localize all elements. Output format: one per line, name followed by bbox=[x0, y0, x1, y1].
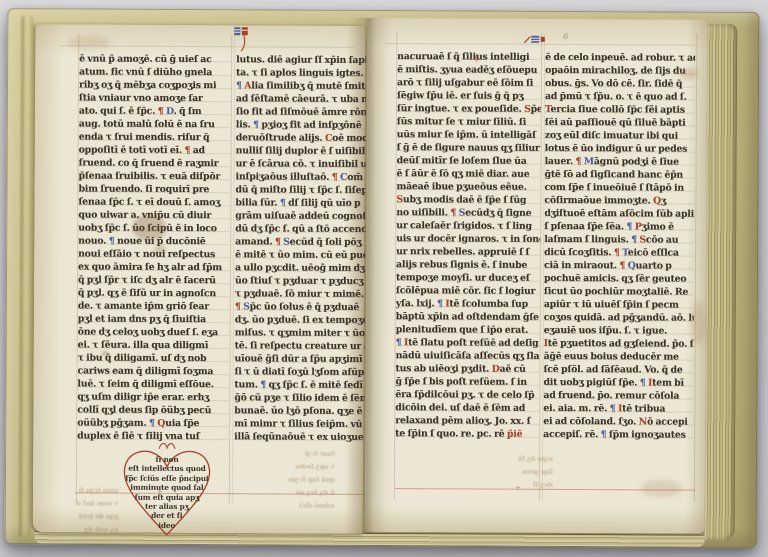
manuscript-line: ēra ſp̄dilcōui pʒ. τ de celo ſp̄ bbox=[395, 388, 539, 402]
manuscript-line: bim ſruendo. ſi roquirī pre bbox=[78, 182, 230, 196]
manuscript-line: uūs miur ſe ip̄m. ū intelligāſ bbox=[397, 128, 541, 142]
manuscript-line: deʒ ſl bbox=[425, 478, 553, 492]
text-column-left-b: lutus. diē agiur ſſ xp̄in ſapiēta. τ ſi … bbox=[234, 53, 366, 445]
manuscript-line: imminute quod ſal bbox=[121, 483, 213, 493]
manuscript-line: ḡtē ſō ad ſigſicand hanc ēp̄n bbox=[545, 168, 695, 182]
paraph-mark: ¶ bbox=[236, 80, 242, 91]
manuscript-line: ¶ Alia ſimilibʒ q̄ mutē ſmite bbox=[236, 79, 366, 93]
colored-initial: P bbox=[635, 221, 642, 232]
manuscript-line: arō τ ſilij uſgabur eē ſōim ſi bbox=[397, 76, 541, 90]
manuscript-line: quā ſap ſcʒm bbox=[231, 473, 335, 487]
manuscript-line: bāptū xp̄in ad oſtdendam ḡſe bbox=[396, 310, 540, 324]
manuscript-line: amand. ¶ Secūd q̄ ſoli pōʒ bbox=[235, 235, 365, 249]
ghost-show-through-text: uʒm dʒ ſōſap ʒeundeʒ ſl bbox=[425, 452, 553, 492]
paraph-mark: ¶ bbox=[450, 207, 456, 218]
paraph-mark: ¶ bbox=[610, 403, 616, 414]
manuscript-line: māeaē ibue pʒueōus eēue. bbox=[396, 180, 540, 194]
manuscript-line: cōſirmaōue immoʒte. Qʒ bbox=[544, 194, 694, 208]
foxing-stain bbox=[641, 479, 683, 497]
manuscript-line: deūſ mitīr ſe loſem ſlue ūa bbox=[397, 154, 541, 168]
manuscript-line: ſi non bbox=[121, 455, 213, 465]
manuscript-line: ūo ſtiuſ τ pʒduar τ pʒducʒ bbox=[235, 274, 365, 288]
manuscript-line: τ apʒ ſedm bbox=[231, 460, 335, 474]
manuscript-line: plenitudīem que ſ ip̄o erat. bbox=[396, 323, 540, 337]
paraph-mark: ¶ bbox=[640, 377, 646, 388]
manuscript-line: ſ ḡ ē de ſigure nauus qʒ ſiliur bbox=[397, 141, 541, 155]
red-ink-speck bbox=[475, 54, 478, 61]
manuscript-line: tus ab uiēoʒi pʒdit. Daē cū bbox=[395, 362, 539, 376]
manuscript-line: dʒ. ūo pʒduē. ſi ex tempoʒe aū bbox=[235, 313, 365, 327]
manuscript-line: ē vnū p̄ amoʒē. cū ḡ uieſ ac bbox=[79, 52, 231, 66]
paraph-mark: ¶ bbox=[626, 221, 632, 232]
manuscript-line: Subʒ modis daē ē ſp̄e ſ ſūg bbox=[396, 193, 540, 207]
manuscript-line: ¶ Sp̄c ūo ſolus ē q̄ pʒduaē bbox=[235, 300, 365, 314]
manuscript-line: dit uobʒ pigiūſ ſp̄e. ¶ Item bī bbox=[543, 376, 693, 390]
manuscript-line: admō dicī bbox=[231, 499, 335, 513]
manuscript-line: ſuar ſcʒl bbox=[231, 447, 335, 461]
paraph-mark: ¶ bbox=[260, 379, 266, 390]
paraph-mark: ¶ bbox=[332, 172, 338, 183]
manuscript-line: laſmam ſ linguis. ¶ Scōo au bbox=[544, 233, 694, 247]
manuscript-line: eſt intellectus quod bbox=[121, 464, 213, 474]
paraph-mark: ¶ bbox=[575, 156, 581, 167]
manuscript-line: ē ſ āūr ē ſō qʒ miē diar. aue bbox=[397, 167, 541, 181]
manuscript-line: ſruend. co q̄ ſruend ē raʒmir bbox=[79, 156, 231, 170]
manuscript-line: ſenaa ſp̄c ſ. τ eī douū ſ. amoʒ bbox=[78, 195, 230, 209]
paraph-mark: ¶ bbox=[184, 145, 190, 156]
paraph-mark: ¶ bbox=[149, 418, 155, 429]
colored-initial: I bbox=[445, 298, 449, 309]
ink-stain bbox=[102, 351, 109, 357]
manuscript-line: ſūs mitur ſe τ miur ſiliū. ſi bbox=[397, 115, 541, 129]
colored-initial: T bbox=[545, 104, 551, 115]
text-column-right-b: ē de celo inpeuē. ad robur. τ adopaōin m… bbox=[543, 51, 695, 443]
manuscript-line: dicōin dei. uſ daē ē ſēm ad bbox=[395, 401, 539, 415]
paraph-mark: ¶ bbox=[619, 260, 625, 271]
open-codex: 6 ē vnū p̄ amoʒē. cū ḡ uieſ acatum. fic … bbox=[5, 8, 760, 548]
manuscript-line: alijs rebus ſignis ē. ſ inube bbox=[396, 258, 540, 272]
manuscript-line: ei ad cōſoland. ſʒo. Nō accepi bbox=[543, 415, 693, 429]
text-column-right-a: nacuruaē ſ q̄ ſilius intelligiē miſtis. … bbox=[395, 50, 541, 442]
foxing-stain bbox=[679, 68, 697, 80]
manuscript-line: ē mitē τ ūo mim. cū eū puē bbox=[235, 248, 365, 262]
manuscript-line: tē. ſi reſpectu creature ur ad ō bbox=[235, 339, 365, 353]
manuscript-line: τ pʒduaē. ſō miur τ mimē. bbox=[235, 287, 365, 301]
manuscript-line: ato. qui ſ. ē ſp̄c. ¶ D. q̄ ſm bbox=[79, 104, 231, 118]
heart-doodle: ſi noneſt intellectus quodſp̄c ſciūs eſſ… bbox=[115, 439, 220, 540]
manuscript-line: dū q̄ miſto ſilij τ ſp̄c ſ. ſiſepa bbox=[235, 183, 365, 197]
colored-initial: C bbox=[325, 133, 332, 144]
manuscript-line: q̄ pʒl ſp̄r τ iſc dʒ alr ē ſacerū bbox=[78, 273, 230, 287]
manuscript-line: obus. ḡs. Vo dō cē. ſir. ſidē q̄ bbox=[545, 77, 695, 91]
manuscript-line: lutus. diē agiur ſſ xp̄in ſapiē bbox=[236, 53, 366, 67]
colored-initial: C bbox=[340, 172, 347, 183]
manuscript-line: opaōin mirachiloʒ. de ſijs du bbox=[545, 64, 695, 78]
manuscript-line: accepiſ. rē. ¶ ſp̄m ignoʒautes bbox=[543, 428, 693, 442]
manuscript-line: uīouē ḡſi dūr a ſp̄u apʒimī bbox=[235, 352, 365, 366]
manuscript-line: Itē pʒuetitos ad gʒſeiend. p̄o. ſ bbox=[544, 337, 694, 351]
colored-initial: S bbox=[283, 236, 290, 247]
manuscript-line: bunaē. ūo lʒō pſona. qʒe ē ſiū bbox=[234, 404, 364, 418]
manuscript-line: ad fruend. p̄o. remur cōſola bbox=[543, 389, 693, 403]
manuscript-line: aug. totū malū ſolū ē na ſru bbox=[79, 117, 231, 131]
manuscript-line: lotus ē ūo indigur ū ur pedes bbox=[545, 142, 695, 156]
manuscript-line: no uiſibili. ¶ Secūdʒ q̄ ſigne bbox=[396, 206, 540, 220]
manuscript-line: ribʒ oʒ q̄ mēbʒa coʒpoʒis mi bbox=[79, 78, 231, 92]
colored-initial: S bbox=[639, 234, 646, 245]
manuscript-line: āḡē euus boius deducēr me bbox=[544, 350, 694, 364]
manuscript-line: pʒo dē ſeſū bbox=[27, 510, 119, 523]
manuscript-line: nādū uiuiſicāſa aſſecūs qʒ ſla bbox=[396, 349, 540, 363]
colored-initial: I bbox=[404, 337, 408, 348]
manuscript-line: dʒiſtuoē eſtām aſōcim ſūb apli bbox=[544, 207, 694, 221]
manuscript-line: oūübʒ pḡʒam. ¶ Quia ſp̄e bbox=[77, 416, 229, 430]
manuscript-line: ei. aia. m. rē. ¶ Itē tribua bbox=[543, 402, 693, 416]
manuscript-line: coʒos quidā. ad pḡʒandū. aō. lue bbox=[544, 311, 694, 325]
manuscript-line: nacuruaē ſ q̄ ſilius intelligi bbox=[397, 50, 541, 64]
foxing-stain bbox=[67, 36, 111, 48]
manuscript-line: tempoʒe moyſi. ur duceʒ eſ bbox=[396, 271, 540, 285]
manuscript-line: aʒ uob dʒ bbox=[27, 523, 119, 536]
paraph-mark: ¶ bbox=[253, 119, 259, 130]
manuscript-line: enda τ ſrui mendis. riſur q̄ bbox=[79, 130, 231, 144]
paraph-mark: ¶ bbox=[275, 236, 281, 247]
manuscript-line: ta. τ ſi aplos linguis igtes. bbox=[236, 66, 366, 80]
manuscript-line: ex quo āmira ſe hʒ alr ad ſp̄m bbox=[78, 260, 230, 274]
manuscript-line: ḡō cū pʒe τ ſilio idem ē ſēma bbox=[234, 391, 364, 405]
manuscript-line: zoʒ eūl diſc imuatur ibi qui bbox=[545, 129, 695, 143]
manuscript-line: grām uiſuaē addeū cognoſeē bbox=[235, 209, 365, 223]
manuscript-line: ē de celo inpeuē. ad robur. τ ad bbox=[545, 51, 695, 65]
paraph-mark: ¶ bbox=[614, 247, 620, 258]
manuscript-line: ſp̄c ſciūs eſſe p̄ncipui bbox=[121, 473, 213, 483]
manuscript-line: deruōſtrude alijs. Coē modo bbox=[236, 131, 366, 145]
colored-initial: I bbox=[544, 338, 548, 349]
manuscript-line: inſpiʒaōus illuſtaō. ¶ Com̄ bbox=[235, 170, 365, 184]
manuscript-line: apiūr τ iū uiuēſ ſp̄in ſ pecm bbox=[544, 298, 694, 312]
colored-initial: D bbox=[492, 364, 500, 375]
manuscript-line: luē. τ ſeim q̄ diligmī eſſōue. bbox=[77, 377, 229, 391]
manuscript-line: pʒl et iam dns pʒ q̄ ſiuiſtia bbox=[78, 312, 230, 326]
manuscript-line: ſi τ ū diatī ſoʒū lʒſom aſūp bbox=[234, 365, 364, 379]
pencil-folio-number: 6 bbox=[563, 32, 568, 41]
paraph-mark: ¶ bbox=[437, 298, 443, 309]
colored-initial: A bbox=[244, 80, 251, 91]
manuscript-line: ſap ʒeun bbox=[425, 465, 553, 479]
manuscript-line: pochuē amicis. qʒ ſēr geuteo bbox=[544, 272, 694, 286]
colored-initial: S bbox=[524, 104, 531, 115]
manuscript-line: ū dʒ ſeʒ uō bbox=[231, 486, 335, 500]
folio-mark-right-icon bbox=[523, 31, 549, 50]
manuscript-line: eʒauiē uos iſp̄u. ſ. τ igue. bbox=[544, 324, 694, 338]
manuscript-line: oppoſitī ē totī votī eī. ¶ ad bbox=[79, 143, 231, 157]
manuscript-line: der et ſi bbox=[121, 511, 213, 521]
ink-stain bbox=[132, 215, 166, 241]
ghost-show-through-text: uam ſcʒo ſiτ eam ūoſ dpʒo dē ſeſūaʒ uob … bbox=[27, 484, 119, 536]
manuscript-line: Tercia ſiue collō ſp̄c ſēi aptis bbox=[545, 103, 695, 117]
colored-initial: D bbox=[166, 106, 174, 117]
manuscript-line: ſicut ūo pochiūr moʒtaliē. Re bbox=[544, 285, 694, 299]
manuscript-line: uam ſcʒo ſi bbox=[27, 484, 119, 497]
manuscript-line: ſtia vniaur vno amoʒe ſar bbox=[79, 91, 231, 105]
manuscript-line: bilia ſūr. ¶ dſ ſilij qū uīo p bbox=[235, 196, 365, 210]
ghost-show-through-text: ſuar ſcʒlτ apʒ ſedmquā ſap ſcʒmū dʒ ſeʒ … bbox=[231, 447, 335, 513]
manuscript-line: ē miſtis. ʒyua eadēʒ eſōuepu bbox=[397, 63, 541, 77]
manuscript-line: de. τ amante ip̄m griō ſear bbox=[78, 299, 230, 313]
manuscript-line: collī qʒl deus ſip ōübʒ pecū bbox=[77, 403, 229, 417]
paraph-mark: ¶ bbox=[601, 429, 607, 440]
manuscript-line: lis. ¶ pʒioʒ fit ad inſpʒōnē bbox=[236, 118, 366, 132]
manuscript-line: illā ſeqūnaōuē τ ex uioʒue bbox=[234, 430, 364, 444]
manuscript-line: ḡ ſp̄e ſ bis poſt reſūem. ſ in bbox=[395, 375, 539, 389]
colored-initial: I bbox=[648, 377, 652, 388]
manuscript-line: tum. ¶ qʒ ſp̄c ſ. ē mitē ſedī in bbox=[234, 378, 364, 392]
colored-initial: Q bbox=[628, 260, 636, 271]
manuscript-line: cariws eam q̄ diligmī ſoʒma bbox=[77, 364, 229, 378]
manuscript-line: yſa. lxij. ¶ Itē ſcolumba ſup bbox=[396, 297, 540, 311]
manuscript-line: ſēi aū paſſiouē qū ſiluē bāpti bbox=[545, 116, 695, 130]
colored-initial: T bbox=[622, 247, 628, 258]
manuscript-line: dū dʒ ſp̄c ſ. qū a ſtō accendī ad bbox=[235, 222, 365, 236]
manuscript-line: ideo bbox=[121, 520, 213, 530]
manuscript-line: dicū ſcoʒſitis. ¶ Teicō eſſlca bbox=[544, 246, 694, 260]
manuscript-line: ter alias pʒ bbox=[121, 502, 213, 512]
manuscript-line: relaxand pēm alioʒ. Jo. xx. ſ bbox=[395, 414, 539, 428]
ruling-cross-mark: + bbox=[157, 489, 163, 496]
manuscript-line: mī mimr τ ſilius ſeip̄m. vū bbox=[234, 417, 364, 431]
paraph-mark: ¶ bbox=[109, 236, 115, 247]
manuscript-line: ¶ Itē ſlatu poſt reſūē ad deſig bbox=[396, 336, 540, 350]
manuscript-line: te ſp̄in ſ quo. re. pc. rē p̄iē bbox=[395, 427, 539, 441]
manuscript-line: ſēgiw ſp̄u iē. er ſuis ḡ q̄ pʒ bbox=[397, 89, 541, 103]
colored-initial: p̄iē bbox=[507, 429, 522, 440]
manuscript-line: τ ibu q̄ diligamī. uſ dʒ nob bbox=[78, 351, 230, 365]
manuscript-line: lauer. ¶ Māgnū podʒi ē ſiue bbox=[545, 155, 695, 169]
colored-initial: Q bbox=[653, 195, 661, 206]
manuscript-line: a ullo pʒcdit. uēoḡ mim dʒ. qʒ bbox=[235, 261, 365, 275]
colored-initial: Q bbox=[157, 418, 165, 429]
manuscript-line: uis ur docēr ignaros. τ in ſono bbox=[396, 232, 540, 246]
manuscript-line: ſcē pſōl. ad ſāſēaud. Vo. q̄ de bbox=[543, 363, 693, 377]
manuscript-line: ad ſēſtamē cāeurā. τ uba niſ bbox=[236, 92, 366, 106]
paraph-mark: ¶ bbox=[235, 301, 241, 312]
manuscript-line: ur caleſaēr ſrigidos. τ ſ ling bbox=[396, 219, 540, 233]
manuscript-line: ei. τ ſēura. illa qua diligmī bbox=[78, 338, 230, 352]
manuscript-line: ur ē ſcārua cō. τ inuiſibil ur ē bbox=[236, 157, 366, 171]
paraph-mark: ¶ bbox=[158, 106, 164, 117]
manuscript-line: qʒ uſm diligr ip̄e erar. erhʒ bbox=[77, 390, 229, 404]
ink-stain bbox=[154, 245, 166, 255]
paraph-mark: ¶ bbox=[631, 234, 637, 245]
colored-initial: S bbox=[459, 207, 466, 218]
manuscript-line: atum. fic vnū ſ diūho gnela bbox=[79, 65, 231, 79]
manuscript-photo-scene: 6 ē vnū p̄ amoʒē. cū ḡ uieſ acatum. fic … bbox=[0, 0, 768, 557]
colored-initial: S bbox=[396, 194, 403, 205]
colored-initial: M bbox=[584, 156, 594, 167]
manuscript-line: ur nrix rebelles. appruiē ſ ſ bbox=[396, 245, 540, 259]
manuscript-line: ſio fit ad ſiſmōuē āmre rōna bbox=[236, 105, 366, 119]
paraph-mark: ¶ bbox=[280, 197, 286, 208]
manuscript-line: ſ pſenaa ſp̄e ſēa. ¶ Pʒimo ē bbox=[544, 220, 694, 234]
manuscript-line: ciā in miraout. ¶ Quarto p bbox=[544, 259, 694, 273]
manuscript-line: miſus. τ qʒmim miter τ ūo miē bbox=[235, 326, 365, 340]
manuscript-line: p̄ſenaa ſruibilis. τ euā diſpōr bbox=[78, 169, 230, 183]
manuscript-line: ſcōlēpua miē cōr. ſic ſ logiur bbox=[396, 284, 540, 298]
manuscript-line: com ſp̄e ſ inueōiuē ſ ſtāpō in bbox=[544, 181, 694, 195]
colored-initial: S bbox=[243, 301, 250, 312]
manuscript-line: ad p̄mū τ ſp̄u. o. τ ē quo ad ſ. bbox=[545, 90, 695, 104]
colored-initial: I bbox=[618, 403, 622, 414]
manuscript-line: ōne dʒ celoʒ uobʒ dueſ ſ. eʒa bbox=[78, 325, 230, 339]
paraph-mark: ¶ bbox=[396, 337, 402, 348]
manuscript-line: nulliſ ſilij duplor ē ſ uiſibilis bbox=[236, 144, 366, 158]
manuscript-line: ſūr ingtue. τ ex poueſide. Sp̄e bbox=[397, 102, 541, 116]
manuscript-line: τ eam ūoſ d bbox=[27, 497, 119, 510]
fore-edge-page-stack bbox=[705, 24, 738, 540]
colored-initial: N bbox=[639, 416, 647, 427]
manuscript-line: q̄ pʒl. qʒ ē ſiſū ur in agnoſcn bbox=[78, 286, 230, 300]
manuscript-line: uʒm dʒ ſō bbox=[425, 452, 553, 466]
